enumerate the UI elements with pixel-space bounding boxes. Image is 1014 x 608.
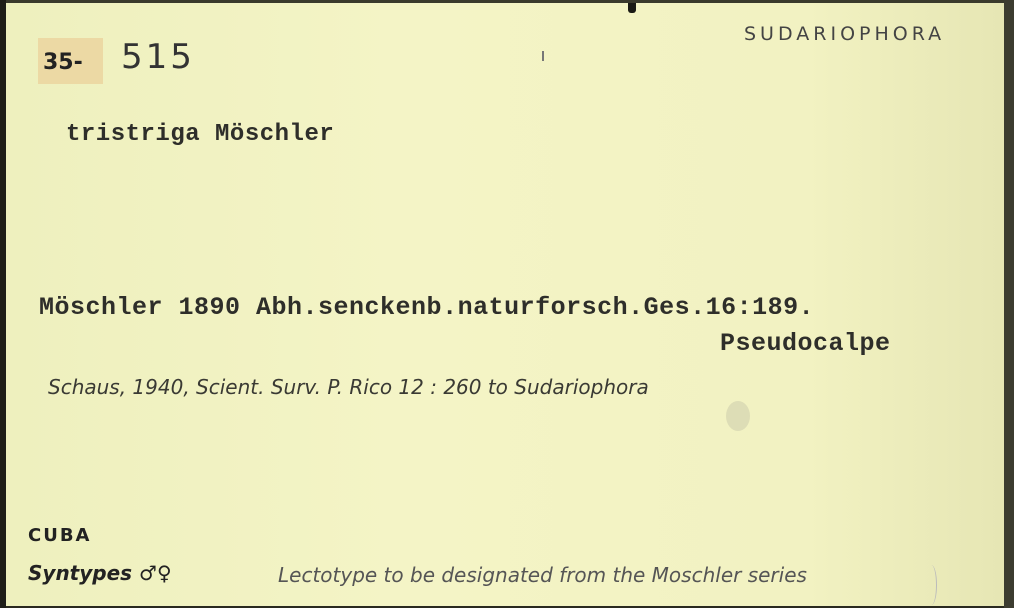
card-tab-mark [628, 3, 636, 13]
genus-header: SUDARIOPHORA [744, 23, 945, 45]
handwritten-note: Schaus, 1940, Scient. Surv. P. Rico 12 :… [48, 375, 649, 399]
paper-stain [726, 401, 750, 431]
card-right-edge [1004, 0, 1014, 608]
pencil-mark [542, 51, 544, 61]
locality: CUBA [28, 525, 91, 546]
pencil-bracket [926, 565, 937, 605]
card-number: 515 [121, 37, 195, 77]
citation: Möschler 1890 Abh.senckenb.naturforsch.G… [39, 293, 814, 322]
lectotype-note: Lectotype to be designated from the Mosc… [278, 563, 807, 587]
original-genus: Pseudocalpe [720, 329, 891, 358]
card-number-prefix: 35- [43, 50, 83, 75]
index-card: 35- 515 SUDARIOPHORA tristriga Möschler … [6, 3, 1004, 606]
type-status: Syntypes ♂♀ [28, 561, 172, 585]
species-name: tristriga Möschler [66, 121, 334, 148]
